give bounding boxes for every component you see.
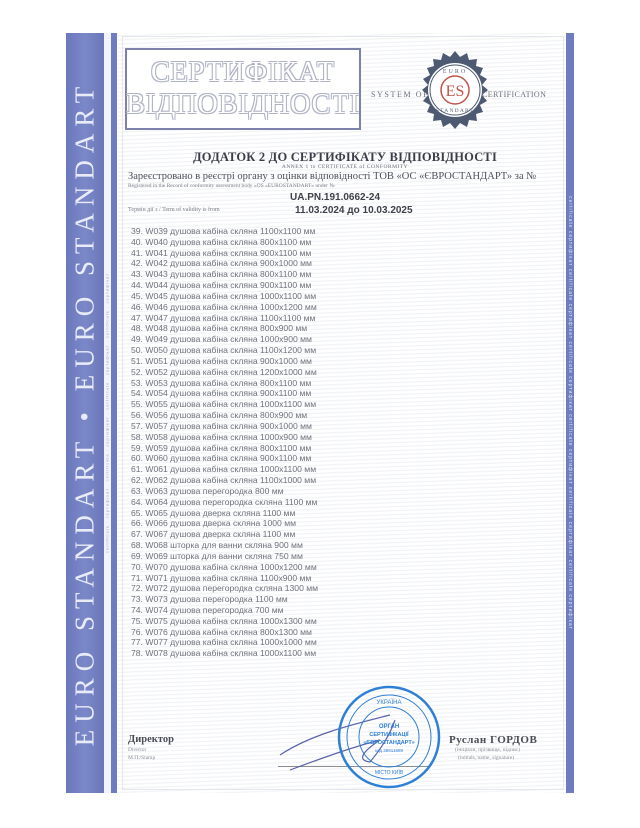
signatory-name: Руслан ГОРДОВ (449, 734, 537, 746)
list-item: 50. W050 душова кабіна скляна 1100x1200 … (131, 345, 318, 356)
right-band-text: certificate сертифікат certificate серти… (567, 196, 573, 630)
list-item: 49. W049 душова кабіна скляна 1000x900 м… (131, 334, 318, 345)
registration-text-en: Registered in the Record of conformity a… (128, 183, 335, 189)
list-item: 74. W074 душова перегородка 700 мм (131, 605, 318, 616)
product-list: 39. W039 душова кабіна скляна 1100x1100 … (131, 226, 318, 659)
list-item: 70. W070 душова кабіна скляна 1000x1200 … (131, 562, 318, 573)
list-item: 40. W040 душова кабіна скляна 800x1100 м… (131, 237, 318, 248)
list-item: 67. W067 душова дверка скляна 1100 мм (131, 529, 318, 540)
list-item: 73. W073 душова перегородка 1100 мм (131, 594, 318, 605)
svg-text:МІСТО КИЇВ: МІСТО КИЇВ (375, 769, 404, 776)
list-item: 63. W063 душова перегородка 800 мм (131, 486, 318, 497)
validity-period: 11.03.2024 до 10.03.2025 (295, 205, 413, 216)
signatory-caption-en: (initials, name, signature) (458, 755, 514, 761)
list-item: 68. W068 шторка для ванни скляна 900 мм (131, 540, 318, 551)
micro-text: certificate · сертифікат · certificate ·… (105, 273, 110, 553)
list-item: 48. W048 душова кабіна скляна 800x900 мм (131, 323, 318, 334)
certificate-page: EURO STANDART • EURO STANDART certificat… (0, 0, 640, 828)
svg-text:ОРГАН: ОРГАН (379, 724, 399, 730)
list-item: 65. W065 душова дверка скляна 1100 мм (131, 508, 318, 519)
list-item: 62. W062 душова кабіна скляна 1100x1000 … (131, 475, 318, 486)
left-thin-stripe (111, 33, 117, 793)
list-item: 51. W051 душова кабіна скляна 900x1000 м… (131, 356, 318, 367)
list-item: 71. W071 душова кабіна скляна 1100x900 м… (131, 573, 318, 584)
list-item: 47. W047 душова кабіна скляна 1100x1100 … (131, 313, 318, 324)
list-item: 57. W057 душова кабіна скляна 900x1000 м… (131, 421, 318, 432)
svg-text:СЕРТИФІКАЦІЇ: СЕРТИФІКАЦІЇ (369, 731, 409, 738)
list-item: 56. W056 душова кабіна скляна 800x900 мм (131, 410, 318, 421)
list-item: 54. W054 душова кабіна скляна 900x1100 м… (131, 388, 318, 399)
svg-text:STANDART: STANDART (436, 108, 474, 114)
svg-text:EURO: EURO (443, 69, 467, 75)
annex-title: ДОДАТОК 2 ДО СЕРТИФІКАТУ ВІДПОВІДНОСТІ (120, 150, 570, 165)
logo-caption-right: CERTIFICATION (482, 90, 546, 99)
list-item: 44. W044 душова кабіна скляна 900x1100 м… (131, 280, 318, 291)
list-item: 61. W061 душова кабіна скляна 1000x1100 … (131, 464, 318, 475)
registration-number: UA.PN.191.0662-24 (290, 192, 380, 203)
list-item: 41. W041 душова кабіна скляна 900x1100 м… (131, 248, 318, 259)
validity-label: Термін дії з / Term of validity is from (128, 207, 220, 213)
svg-text:«ЄВРОСТАНДАРТ»: «ЄВРОСТАНДАРТ» (363, 740, 415, 746)
list-item: 64. W064 душова перегородка скляна 1100 … (131, 497, 318, 508)
list-item: 46. W046 душова кабіна скляна 1000x1200 … (131, 302, 318, 313)
list-item: 52. W052 душова кабіна скляна 1200x1000 … (131, 367, 318, 378)
stamp-label: М.П./Stamp (128, 755, 155, 761)
director-label: Директор (128, 734, 174, 745)
list-item: 75. W075 душова кабіна скляна 1000x1300 … (131, 616, 318, 627)
annex-subtitle: ANNEX 1 to CERTIFICATE of CONFORMITY (120, 164, 570, 170)
list-item: 43. W043 душова кабіна скляна 800x1100 м… (131, 269, 318, 280)
director-label-en: Director (128, 747, 146, 753)
list-item: 76. W076 душова кабіна скляна 800x1300 м… (131, 627, 318, 638)
list-item: 77. W077 душова кабіна скляна 1000x1000 … (131, 637, 318, 648)
list-item: 60. W060 душова кабіна скляна 900x1100 м… (131, 453, 318, 464)
left-band-text: EURO STANDART • EURO STANDART (70, 80, 101, 746)
svg-text:код 39911689: код 39911689 (375, 748, 403, 753)
svg-text:ES: ES (446, 83, 465, 100)
list-item: 59. W059 душова кабіна скляна 800x1100 м… (131, 443, 318, 454)
list-item: 55. W055 душова кабіна скляна 1000x1100 … (131, 399, 318, 410)
list-item: 39. W039 душова кабіна скляна 1100x1100 … (131, 226, 318, 237)
svg-text:УКРАЇНА: УКРАЇНА (377, 699, 402, 706)
title-line-1: СЕРТИФІКАТ (151, 57, 335, 89)
signatory-caption-ua: (ініціали, прізвище, підпис) (455, 747, 520, 753)
list-item: 69. W069 шторка для ванни скляна 750 мм (131, 551, 318, 562)
certificate-title-box: СЕРТИФІКАТ ВІДПОВІДНОСТІ (125, 48, 361, 130)
list-item: 66. W066 душова дверка скляна 1000 мм (131, 518, 318, 529)
list-item: 53. W053 душова кабіна скляна 800x1100 м… (131, 378, 318, 389)
list-item: 42. W042 душова кабіна скляна 900x1000 м… (131, 258, 318, 269)
title-line-2: ВІДПОВІДНОСТІ (126, 89, 360, 121)
list-item: 72. W072 душова перегородка скляна 1300 … (131, 583, 318, 594)
list-item: 78. W078 душова кабіна скляна 1000x1100 … (131, 648, 318, 659)
official-stamp-icon: УКРАЇНА ОРГАН СЕРТИФІКАЦІЇ «ЄВРОСТАНДАРТ… (336, 684, 442, 790)
registration-text-ua: Зареєстровано в реєстрі органу з оцінки … (128, 171, 536, 182)
list-item: 45. W045 душова кабіна скляна 1000x1100 … (131, 291, 318, 302)
list-item: 58. W058 душова кабіна скляна 1000x900 м… (131, 432, 318, 443)
